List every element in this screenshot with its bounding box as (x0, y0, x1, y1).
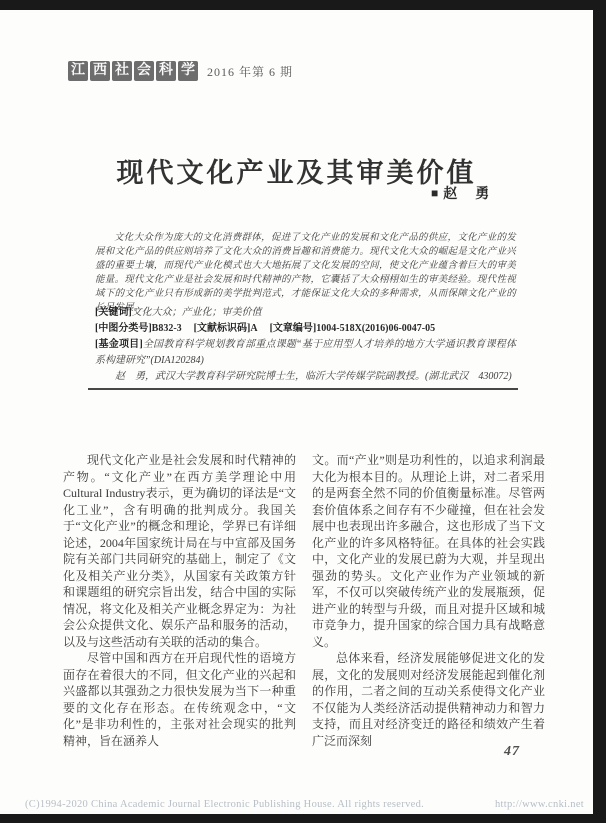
keywords-line: [关键词]文化大众；产业化；审美价值 (95, 305, 516, 321)
fund-label: [基金项目] (95, 339, 143, 350)
footer-url: http://www.cnki.net (495, 799, 584, 810)
article-title: 现代文化产业及其审美价值 (0, 151, 593, 190)
body-right-column: 文。而“产业”则是功利性的，以追求利润最大化为根本目的。从理论上讲，对二者采用的… (312, 452, 545, 749)
keywords-value: 文化大众；产业化；审美价值 (132, 307, 262, 318)
author-bio: 赵 勇，武汉大学教育科学研究院博士生，临沂大学传媒学院副教授。(湖北武汉 430… (95, 369, 516, 385)
journal-logo-char: 江 (68, 61, 88, 81)
author-line: ■ 赵 勇 (431, 183, 491, 203)
journal-header: 江 西 社 会 科 学 2016 年第 6 期 (68, 61, 293, 81)
journal-logo-char: 会 (134, 61, 154, 81)
classification-line: [中图分类号]B832-3[文献标识码]A[文章编号]1004-518X(201… (95, 321, 516, 337)
journal-logo-char: 西 (90, 61, 110, 81)
footer-copyright: (C)1994-2020 China Academic Journal Elec… (25, 799, 424, 810)
clc-value: B832-3 (152, 323, 182, 334)
fund-line: [基金项目]全国教育科学规划教育部重点课题“基于应用型人才培养的地方大学通识教育… (95, 337, 516, 369)
article-meta: [关键词]文化大众；产业化；审美价值 [中图分类号]B832-3[文献标识码]A… (95, 305, 516, 385)
scan-border-top (0, 0, 606, 10)
article-id-value: 1004-518X(2016)06-0047-05 (316, 323, 435, 334)
body-paragraph: 总体来看，经济发展能够促进文化的发展，文化的发展则对经济发展能起到催化剂的作用，… (312, 650, 545, 749)
article-id-label: [文章编号] (270, 323, 317, 334)
journal-logo-char: 学 (178, 61, 198, 81)
body-paragraph: 现代文化产业是社会发展和时代精神的产物。“文化产业”在西方美学理论中用Cultu… (63, 452, 296, 650)
body-paragraph: 尽管中国和西方在开启现代性的语境方面存在着很大的不同，但文化产业的兴起和兴盛都以… (63, 650, 296, 749)
scan-border-right (593, 0, 606, 823)
journal-logo: 江 西 社 会 科 学 (68, 61, 198, 81)
body-paragraph: 文。而“产业”则是功利性的，以追求利润最大化为根本目的。从理论上讲，对二者采用的… (312, 452, 545, 650)
header-divider-rule (88, 388, 518, 390)
doc-code-label: [文献标识码] (194, 323, 251, 334)
scanned-paper-page: { "header": { "journal_logo_chars": ["江"… (0, 0, 606, 823)
body-columns: 现代文化产业是社会发展和时代精神的产物。“文化产业”在西方美学理论中用Cultu… (63, 452, 545, 749)
footer-watermark: (C)1994-2020 China Academic Journal Elec… (25, 799, 584, 810)
body-left-column: 现代文化产业是社会发展和时代精神的产物。“文化产业”在西方美学理论中用Cultu… (63, 452, 296, 749)
scan-border-bottom (0, 814, 606, 823)
author-name: 赵 勇 (443, 183, 491, 203)
fund-value: 全国教育科学规划教育部重点课题“基于应用型人才培养的地方大学通识教育课程体系构建… (95, 339, 516, 366)
journal-logo-char: 科 (156, 61, 176, 81)
keywords-label: [关键词] (95, 307, 132, 318)
page-number: 47 (504, 744, 520, 760)
author-marker-square-icon: ■ (431, 186, 440, 201)
journal-issue: 2016 年第 6 期 (207, 63, 293, 81)
journal-logo-char: 社 (112, 61, 132, 81)
abstract-text: 文化大众作为庞大的文化消费群体，促进了文化产业的发展和文化产品的供应，文化产业的… (95, 231, 516, 315)
clc-label: [中图分类号] (95, 323, 152, 334)
doc-code-value: A (250, 323, 257, 334)
